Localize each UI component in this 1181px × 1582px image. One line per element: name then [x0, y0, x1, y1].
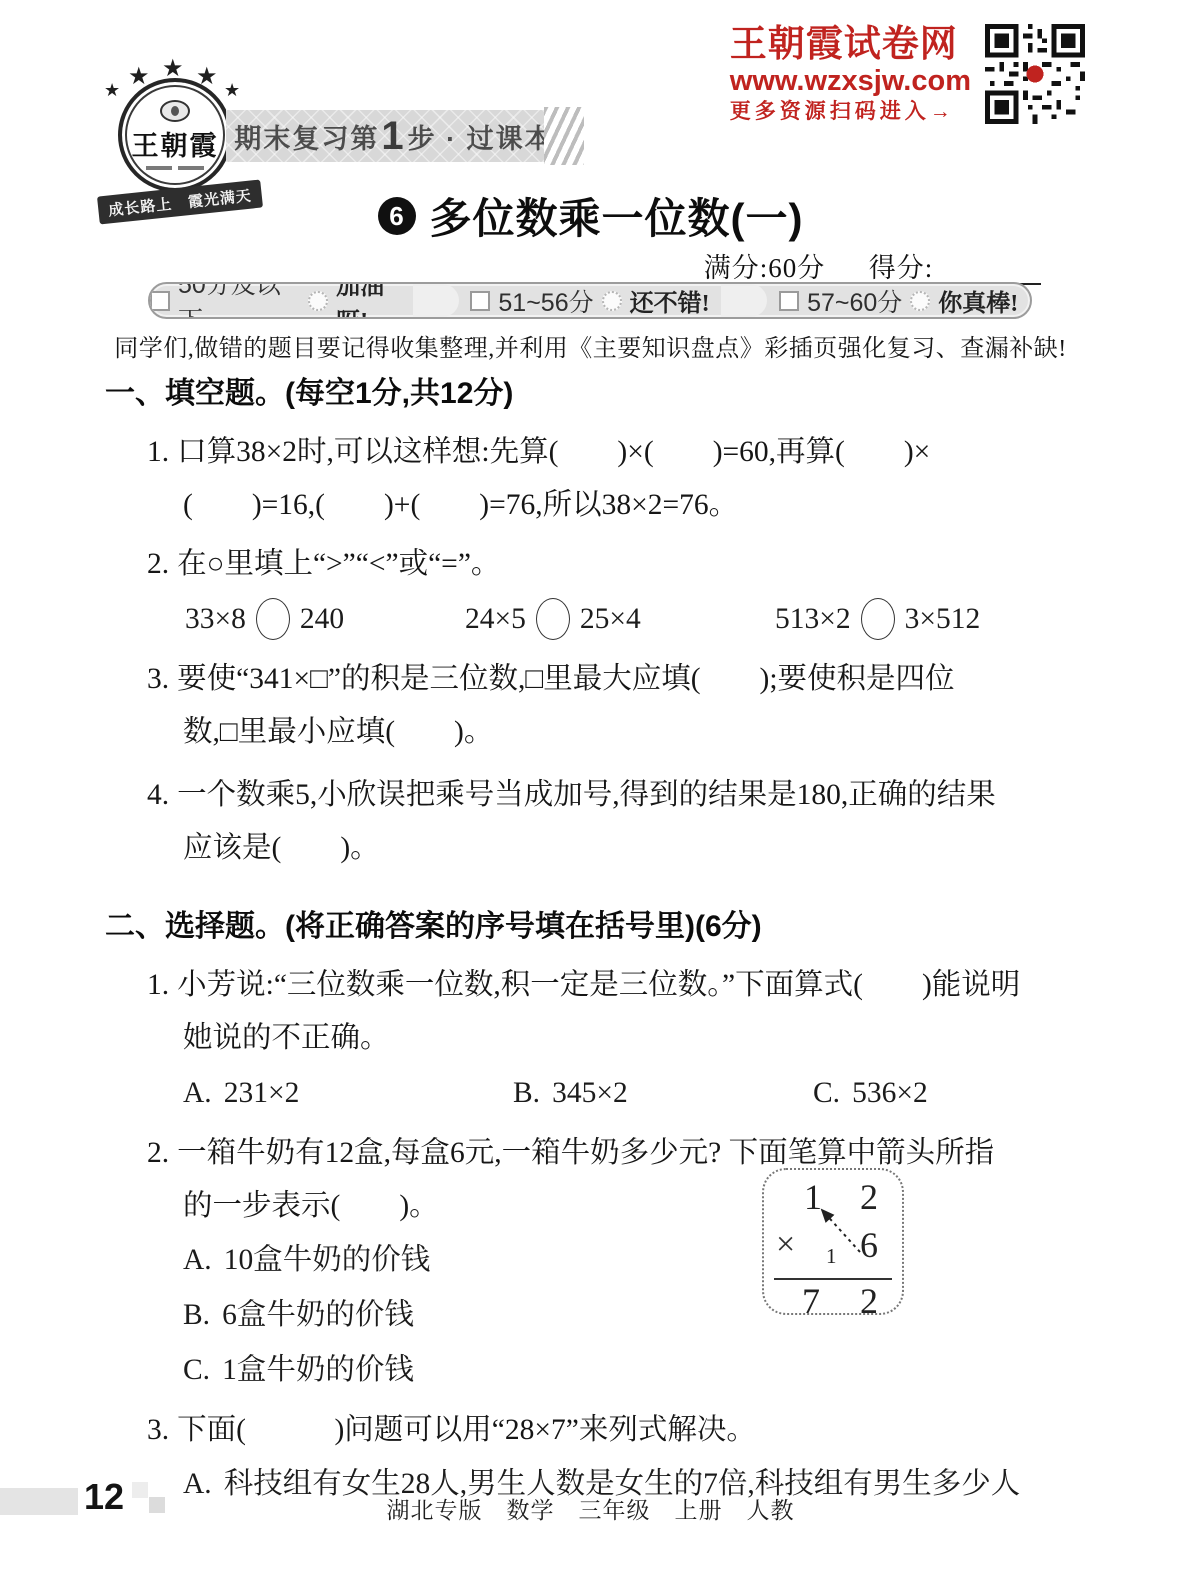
fill-in-q3-line2: 数,□里最小应填( )。 [105, 706, 1111, 759]
star-icon: ★ [224, 80, 240, 101]
step-banner: 期末复习第 1 步 · 过课本 [226, 110, 562, 162]
score-band-low: 50分及以下 加油呀! [150, 284, 413, 317]
choice-q2-option-a: A.10盒牛奶的价钱 [105, 1233, 1111, 1288]
score-band-high: 57~60分 你真棒! [767, 284, 1030, 317]
comparison-right: 240 [300, 591, 344, 647]
step-banner-prefix: 期末复习第 [234, 117, 379, 156]
brand-block: 王朝霞试卷网 www.wzxsjw.com 更多资源扫码进入→ [730, 24, 1085, 126]
smiley-icon [910, 291, 930, 311]
brand-qr-caption: 更多资源扫码进入→ [730, 98, 971, 126]
choice-q1-line1: 1.小芳说:“三位数乘一位数,积一定是三位数。”下面算式( )能说明 [105, 959, 1111, 1012]
step-banner-suffix: 步 · 过课本 [408, 117, 554, 156]
smiley-icon [602, 291, 622, 311]
comparison-circle-blank[interactable] [861, 598, 895, 640]
score-band-high-remark: 你真棒! [938, 283, 1018, 318]
content: 一、填空题。(每空1分,共12分) 1.口算38×2时,可以这样想:先算( )×… [0, 372, 1181, 1512]
option-label: C. [813, 1077, 840, 1109]
option-label: C. [183, 1354, 210, 1386]
section-choice-heading: 二、选择题。(将正确答案的序号填在括号里)(6分) [105, 905, 1111, 949]
band-separator [413, 284, 459, 317]
comparison-item: 513×2 3×512 [775, 591, 980, 647]
question-text: 小芳说:“三位数乘一位数,积一定是三位数。”下面算式( )能说明 [177, 969, 1020, 1001]
logo-circle: 王朝霞 [118, 78, 232, 192]
option-text: 231×2 [224, 1077, 300, 1109]
brand-site-name: 王朝霞试卷网 [730, 24, 971, 64]
option-label: B. [183, 1299, 210, 1331]
unit-number-badge: 6 [378, 197, 416, 235]
star-icon: ★ [104, 80, 120, 101]
footer-edition-info: 湖北专版 数学 三年级 上册 人教 [0, 1492, 1181, 1525]
option-text: 345×2 [552, 1077, 628, 1109]
multiplicand-tens: 1 [804, 1176, 822, 1218]
question-text: 要使“341×□”的积是三位数,□里最大应填( );要使积是四位 [177, 663, 954, 695]
option-text: 536×2 [852, 1077, 928, 1109]
score-band-mid-remark: 还不错! [630, 283, 710, 318]
question-text: 一个数乘5,小欣误把乘号当成加号,得到的结果是180,正确的结果 [177, 779, 996, 811]
title-row: 6 多位数乘一位数(一) [0, 186, 1181, 246]
fill-in-q3-line1: 3.要使“341×□”的积是三位数,□里最大应填( );要使积是四位 [105, 653, 1111, 706]
score-label: 得分: [869, 253, 934, 283]
carry-digit: 1 [826, 1244, 837, 1269]
comparison-left: 24×5 [465, 591, 526, 647]
result-tens: 7 [802, 1280, 820, 1322]
full-score-label: 满分:60分 [704, 253, 826, 283]
worksheet-page: 王朝霞试卷网 www.wzxsjw.com 更多资源扫码进入→ [0, 0, 1181, 1582]
comparison-item: 24×5 25×4 [465, 591, 775, 647]
comparison-right: 3×512 [905, 591, 981, 647]
question-text: 一箱牛奶有12盒,每盒6元,一箱牛奶多少元? 下面笔算中箭头所指 [177, 1137, 994, 1169]
choice-q2-line2: 的一步表示( )。 [105, 1180, 1111, 1233]
comparison-left: 33×8 [185, 591, 246, 647]
choice-q2-option-c: C.1盒牛奶的价钱 [105, 1343, 1111, 1398]
logo-name: 王朝霞 [132, 124, 219, 163]
score-band-mid: 51~56分 还不错! [459, 284, 722, 317]
option-label: A. [183, 1244, 212, 1276]
result-ones: 2 [860, 1280, 878, 1322]
option-text: 10盒牛奶的价钱 [224, 1244, 431, 1276]
multiply-sign: × [776, 1226, 795, 1264]
option-item: C.536×2 [813, 1065, 928, 1121]
option-item: A.231×2 [183, 1065, 513, 1121]
fill-in-q4-line1: 4.一个数乘5,小欣误把乘号当成加号,得到的结果是180,正确的结果 [105, 769, 1111, 822]
choice-q1-line2: 她说的不正确。 [105, 1012, 1111, 1065]
brand-text: 王朝霞试卷网 www.wzxsjw.com 更多资源扫码进入→ [730, 24, 971, 126]
comparison-circle-blank[interactable] [536, 598, 570, 640]
fill-in-q1-line1: 1.口算38×2时,可以这样想:先算( )×( )=60,再算( )× [105, 426, 1111, 479]
choice-q3-line1: 3.下面( )问题可以用“28×7”来列式解决。 [105, 1404, 1111, 1457]
question-number: 4. [147, 779, 169, 811]
logo-small-text [146, 166, 204, 170]
question-number: 3. [147, 663, 169, 695]
smiley-icon [308, 291, 328, 311]
portrait-icon [160, 100, 190, 122]
question-number: 2. [147, 548, 169, 580]
choice-q2-line1: 2.一箱牛奶有12盒,每盒6元,一箱牛奶多少元? 下面笔算中箭头所指 [105, 1127, 1111, 1180]
vertical-multiplication-box: 1 2 × 1 6 7 2 [762, 1168, 904, 1315]
multiplier-digit: 6 [860, 1224, 878, 1266]
section-fill-in-heading: 一、填空题。(每空1分,共12分) [105, 372, 1111, 416]
comparison-left: 513×2 [775, 591, 851, 647]
score-band-high-checkbox[interactable] [779, 291, 799, 311]
score-band-bar: 50分及以下 加油呀! 51~56分 还不错! 57~60分 你真棒! [148, 282, 1032, 319]
fill-in-q4-line2: 应该是( )。 [105, 822, 1111, 875]
question-text: 下面( )问题可以用“28×7”来列式解决。 [177, 1414, 756, 1446]
question-number: 1. [147, 436, 169, 468]
comparison-circle-blank[interactable] [256, 598, 290, 640]
page-title: 多位数乘一位数(一) [430, 186, 804, 246]
option-item: B.345×2 [513, 1065, 813, 1121]
score-band-low-remark: 加油呀! [336, 282, 412, 319]
option-label: B. [513, 1077, 540, 1109]
choice-q2-option-b: B.6盒牛奶的价钱 [105, 1288, 1111, 1343]
comparison-right: 25×4 [580, 591, 641, 647]
question-number: 1. [147, 969, 169, 1001]
option-text: 1盒牛奶的价钱 [222, 1354, 414, 1386]
score-band-mid-checkbox[interactable] [470, 291, 490, 311]
question-number: 3. [147, 1414, 169, 1446]
score-band-low-range: 50分及以下 [178, 282, 300, 319]
score-band-low-checkbox[interactable] [150, 291, 170, 311]
score-band-mid-range: 51~56分 [498, 283, 593, 319]
comparison-item: 33×8 240 [185, 591, 465, 647]
band-separator [721, 284, 767, 317]
banner-stripes-decoration [544, 107, 584, 165]
score-band-high-range: 57~60分 [807, 283, 902, 319]
question-number: 2. [147, 1137, 169, 1169]
option-label: A. [183, 1077, 212, 1109]
step-number: 1 [381, 116, 405, 156]
brand-site-url: www.wzxsjw.com [730, 64, 971, 98]
qr-code-icon [985, 24, 1085, 124]
question-text: 在○里填上“>”“<”或“=”。 [177, 548, 500, 580]
fill-in-q2-comparisons: 33×8 240 24×5 25×4 513×2 3×512 [105, 591, 1111, 647]
option-text: 6盒牛奶的价钱 [222, 1299, 414, 1331]
score-row: 满分:60分 得分: [704, 246, 1041, 285]
notice-text: 同学们,做错的题目要记得收集整理,并利用《主要知识盘点》彩插页强化复习、查漏补缺… [0, 328, 1181, 363]
fill-in-q2-line1: 2.在○里填上“>”“<”或“=”。 [105, 538, 1111, 591]
fill-in-q1-line2: ( )=16,( )+( )=76,所以38×2=76。 [105, 479, 1111, 532]
multiplicand-ones: 2 [860, 1176, 878, 1218]
choice-q1-options: A.231×2 B.345×2 C.536×2 [105, 1065, 1111, 1121]
question-text: 口算38×2时,可以这样想:先算( )×( )=60,再算( )× [177, 436, 930, 468]
